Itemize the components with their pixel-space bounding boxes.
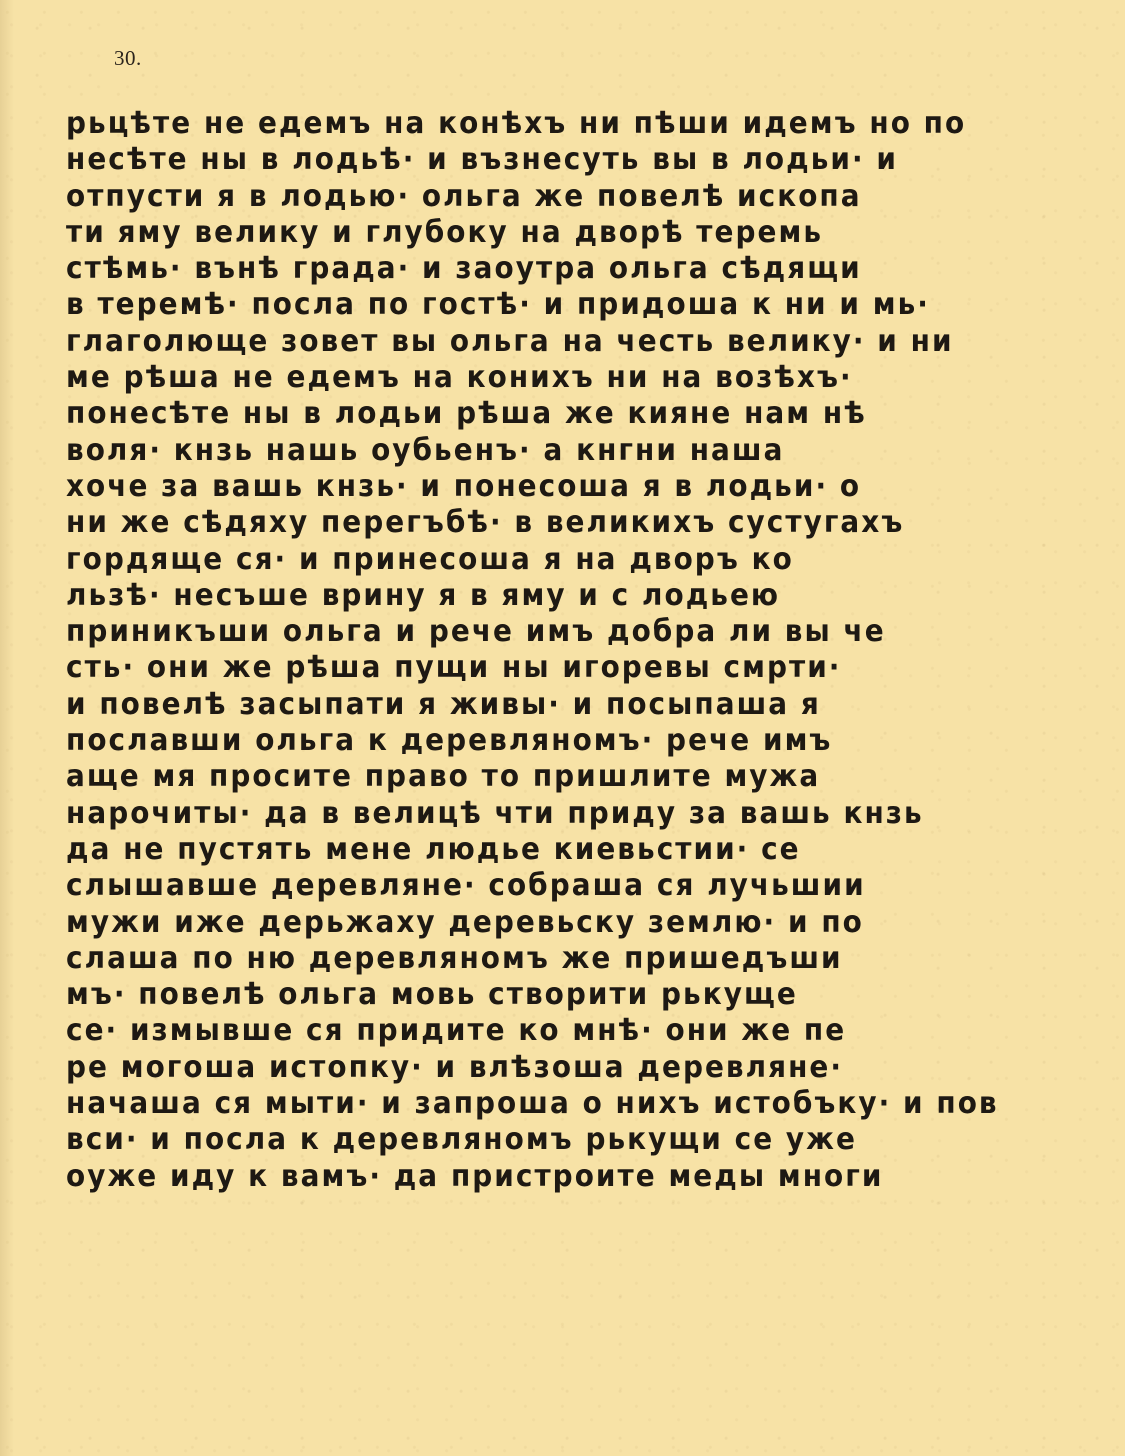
manuscript-line-17: и повелѣ засыпати я живы· и посыпаша я	[66, 687, 996, 723]
manuscript-text-block: рьцѣте не едемъ на конѣхъ ни пѣши идемъ …	[66, 106, 1066, 1195]
manuscript-line-13: гордяще ся· и принесоша я на дворъ ко	[66, 542, 996, 578]
manuscript-line-22: слышавше деревляне· собраша ся лучьшии	[66, 868, 996, 904]
manuscript-line-24: слаша по ню деревляномъ же пришедъши	[66, 941, 996, 977]
manuscript-line-23: мужи иже дерьжаху деревьску землю· и по	[66, 905, 996, 941]
manuscript-line-1: рьцѣте не едемъ на конѣхъ ни пѣши идемъ …	[66, 106, 996, 142]
manuscript-line-3: отпусти я в лодью· ольга же повелѣ ископ…	[66, 179, 996, 215]
manuscript-line-4: ти яму велику и глубоку на дворѣ теремь	[66, 215, 996, 251]
manuscript-line-25: мъ· повелѣ ольга мовь створити рькуще	[66, 977, 996, 1013]
manuscript-line-26: се· измывше ся придите ко мнѣ· они же пе	[66, 1013, 996, 1049]
manuscript-line-7: глаголюще зовет вы ольга на честь велику…	[66, 324, 996, 360]
manuscript-line-20: нарочиты· да в велицѣ чти приду за вашь …	[66, 796, 996, 832]
manuscript-line-11: хоче за вашь кнзь· и понесоша я в лодьи·…	[66, 469, 996, 505]
manuscript-line-28: начаша ся мыти· и запроша о нихъ истобък…	[66, 1086, 996, 1122]
manuscript-line-30: оуже иду к вамъ· да пристроите меды мног…	[66, 1159, 996, 1195]
manuscript-line-6: в теремѣ· посла по гостѣ· и придоша к ни…	[66, 287, 996, 323]
page-number: 30.	[114, 46, 142, 71]
manuscript-line-12: ни же сѣдяху перегъбѣ· в великихъ сустуг…	[66, 505, 996, 541]
manuscript-line-2: несѣте ны в лодьѣ· и възнесуть вы в лодь…	[66, 142, 996, 178]
manuscript-line-5: стѣмь· вънѣ града· и заоутра ольга сѣдящ…	[66, 251, 996, 287]
manuscript-line-15: приникъши ольга и рече имъ добра ли вы ч…	[66, 614, 996, 650]
manuscript-line-29: вси· и посла к деревляномъ рькущи се уже	[66, 1122, 996, 1158]
manuscript-line-21: да не пустять мене людье киевьстии· се	[66, 832, 996, 868]
manuscript-line-8: ме рѣша не едемъ на конихъ ни на возѣхъ·	[66, 360, 996, 396]
page-edge-shadow	[0, 0, 14, 1456]
manuscript-line-19: аще мя просите право то пришлите мужа	[66, 759, 996, 795]
manuscript-line-27: ре могоша истопку· и влѣзоша деревляне·	[66, 1050, 996, 1086]
manuscript-line-18: пославши ольга к деревляномъ· рече имъ	[66, 723, 996, 759]
manuscript-line-10: воля· кнзь нашь оубьенъ· а кнгни наша	[66, 433, 996, 469]
manuscript-line-9: понесѣте ны в лодьи рѣша же кияне нам нѣ	[66, 396, 996, 432]
manuscript-line-14: льзѣ· несъше врину я в яму и с лодьею	[66, 578, 996, 614]
manuscript-line-16: сть· они же рѣша пущи ны игоревы смрти·	[66, 650, 996, 686]
